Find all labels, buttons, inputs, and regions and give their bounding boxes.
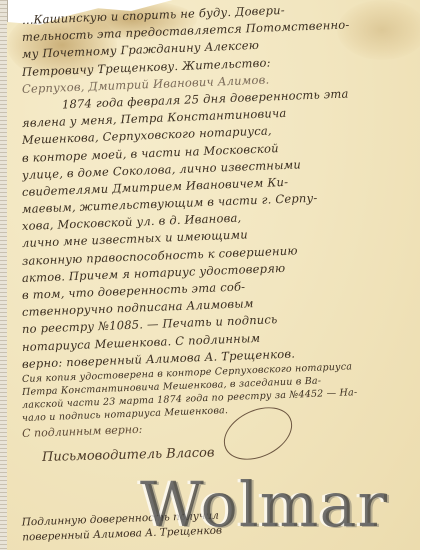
scan-ruler	[0, 0, 8, 550]
handwritten-body: ...Кашинскую и спорить не буду. Довери- …	[22, 12, 422, 425]
certification-block: С подлинным верно: Письмоводитель Власов…	[22, 420, 422, 460]
watermark: Wolmar	[140, 468, 388, 541]
